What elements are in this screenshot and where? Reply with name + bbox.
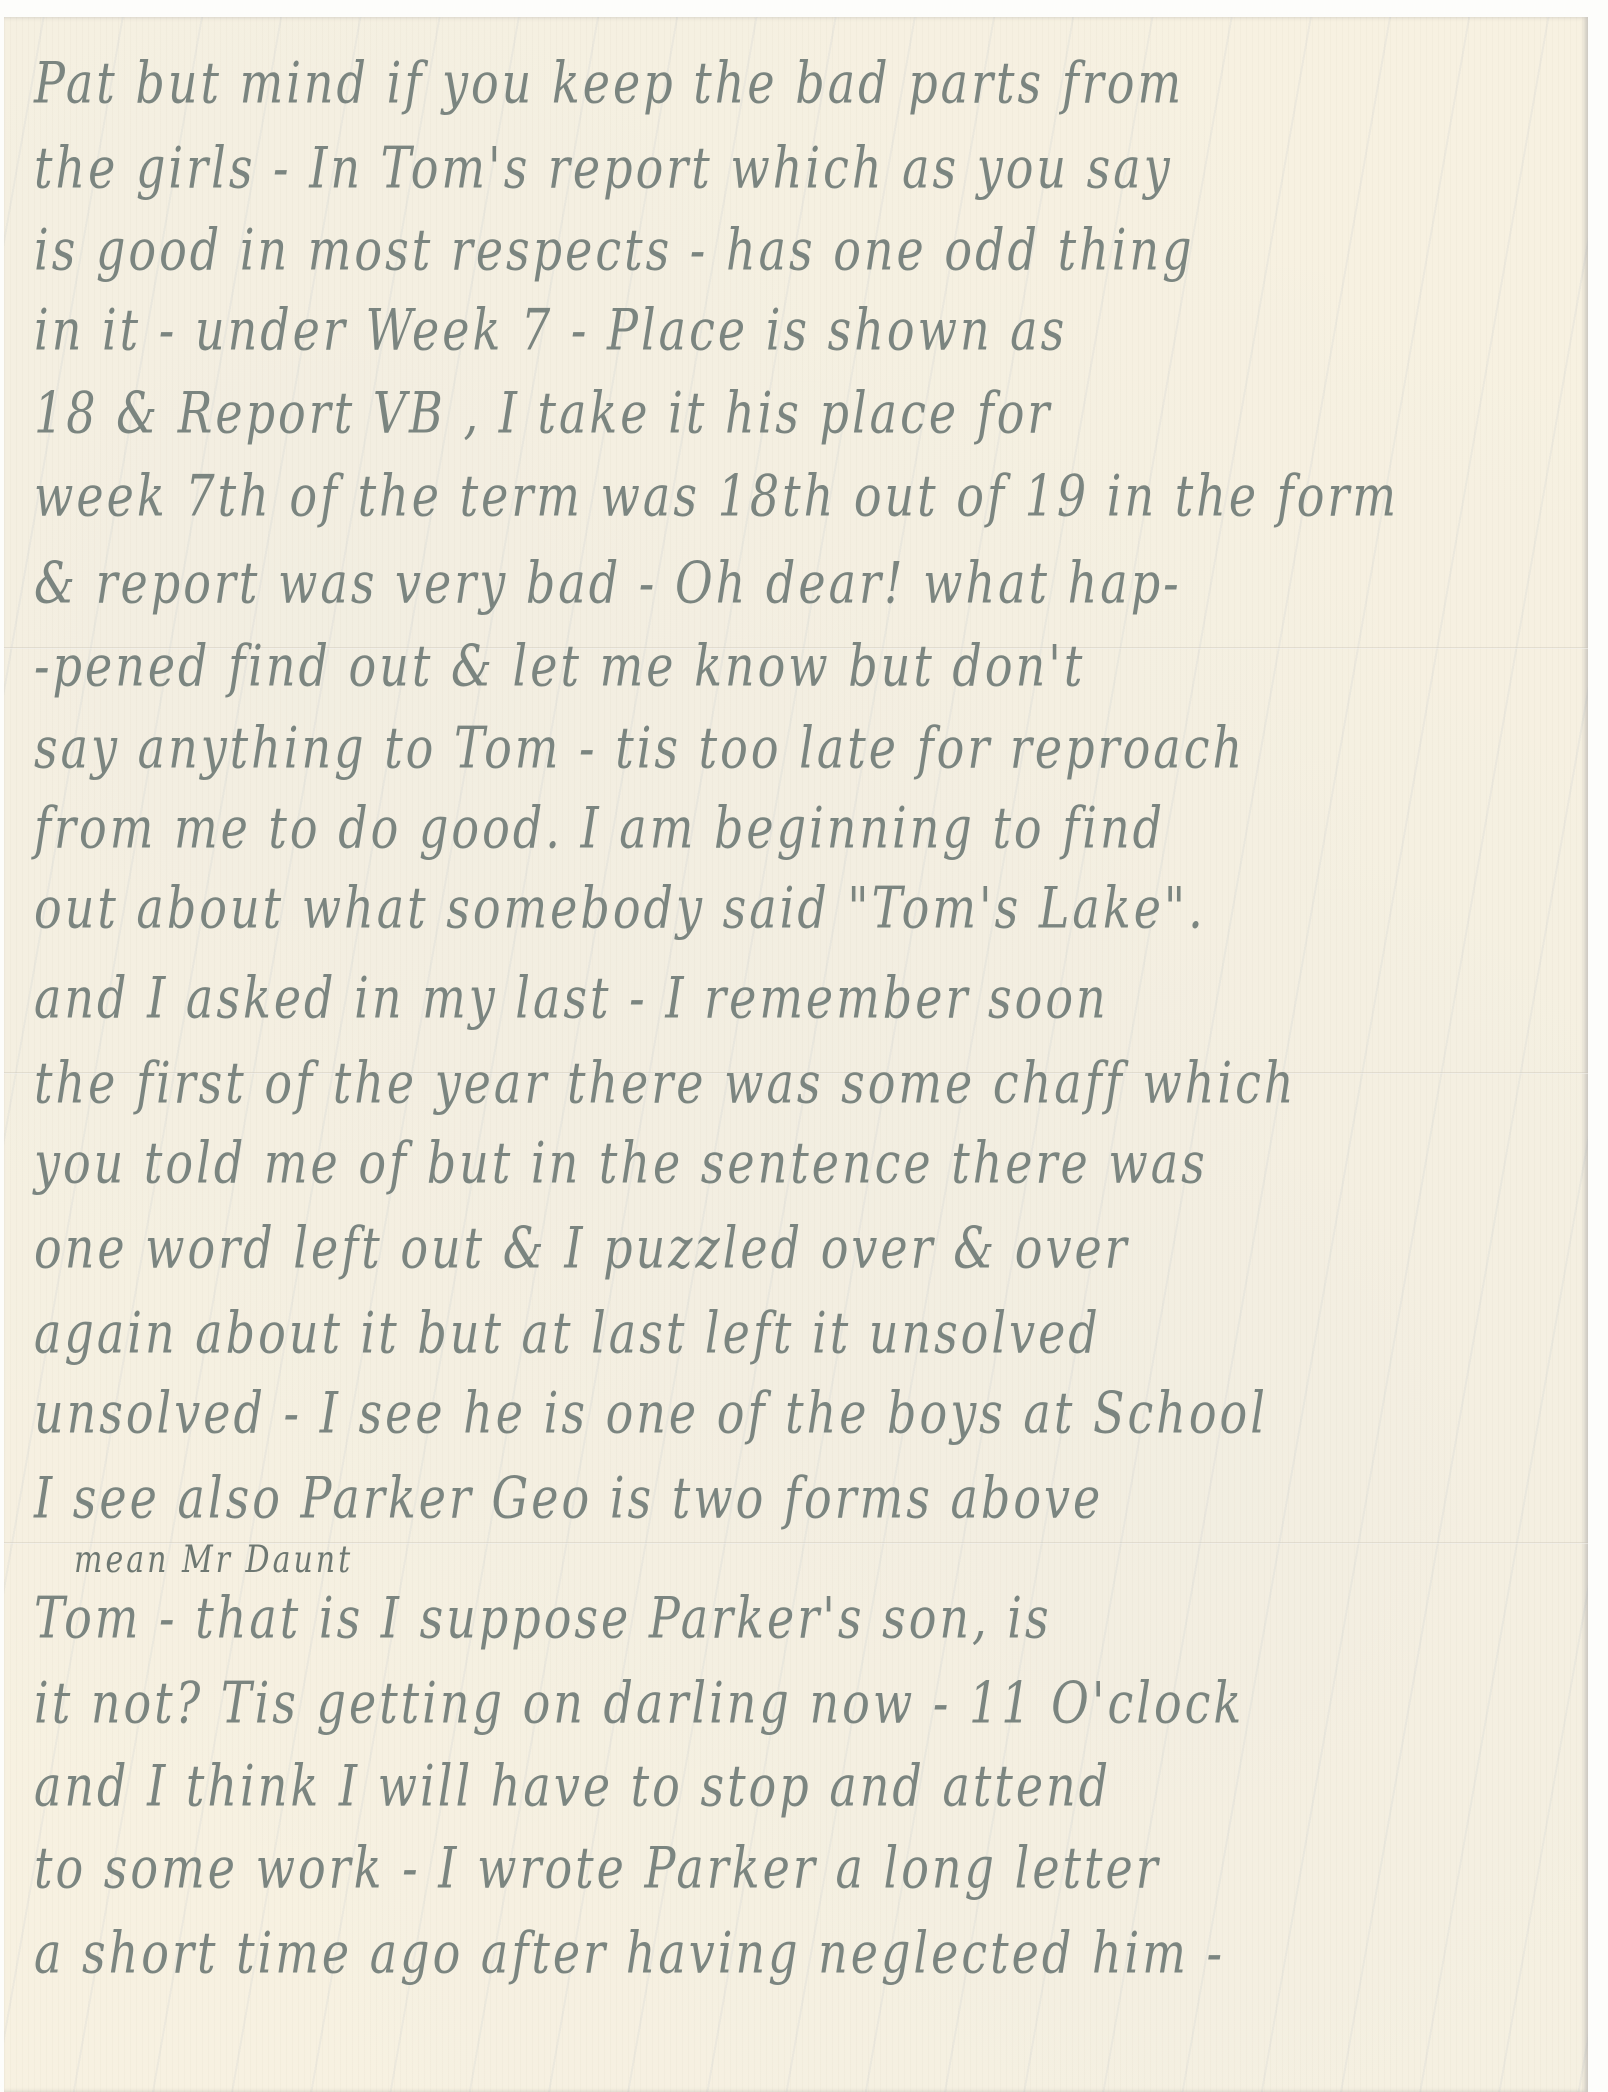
letter-line-15: one word left out & I puzzled over & ove… bbox=[34, 1214, 1130, 1282]
letter-line-3: is good in most respects - has one odd t… bbox=[34, 216, 1195, 284]
letter-line-12: and I asked in my last - I remember soon bbox=[34, 964, 1109, 1032]
letter-page: Pat but mind if you keep the bad parts f… bbox=[4, 17, 1588, 2092]
letter-line-5: 18 & Report VB , I take it his place for bbox=[34, 379, 1052, 447]
letter-line-17: unsolved - I see he is one of the boys a… bbox=[34, 1379, 1268, 1447]
letter-line-11: out about what somebody said "Tom's Lake… bbox=[34, 874, 1206, 942]
letter-line-23: a short time ago after having neglected … bbox=[34, 1919, 1225, 1987]
letter-line-7: & report was very bad - Oh dear! what ha… bbox=[34, 549, 1182, 617]
letter-line-19: Tom - that is I suppose Parker's son, is bbox=[34, 1584, 1052, 1652]
letter-line-13: the first of the year there was some cha… bbox=[34, 1049, 1297, 1117]
letter-line-10: from me to do good. I am beginning to fi… bbox=[34, 794, 1165, 862]
letter-line-16: again about it but at last left it unsol… bbox=[34, 1299, 1101, 1367]
letter-line-4: in it - under Week 7 - Place is shown as bbox=[34, 296, 1067, 364]
letter-line-9: say anything to Tom - tis too late for r… bbox=[34, 714, 1245, 782]
letter-line-1: Pat but mind if you keep the bad parts f… bbox=[34, 49, 1184, 117]
letter-line-21: and I think I will have to stop and atte… bbox=[34, 1752, 1111, 1820]
letter-line-18: I see also Parker Geo is two forms above bbox=[34, 1464, 1103, 1532]
letter-line-20: it not? Tis getting on darling now - 11 … bbox=[34, 1669, 1244, 1737]
letter-line-14: you told me of but in the sentence there… bbox=[34, 1129, 1208, 1197]
letter-line-8: -pened find out & let me know but don't bbox=[34, 632, 1085, 700]
letter-insertion-note: mean Mr Daunt bbox=[74, 1538, 353, 1582]
letter-line-2: the girls - In Tom's report which as you… bbox=[34, 134, 1173, 202]
letter-line-6: week 7th of the term was 18th out of 19 … bbox=[34, 462, 1399, 530]
letter-line-22: to some work - I wrote Parker a long let… bbox=[34, 1834, 1161, 1902]
